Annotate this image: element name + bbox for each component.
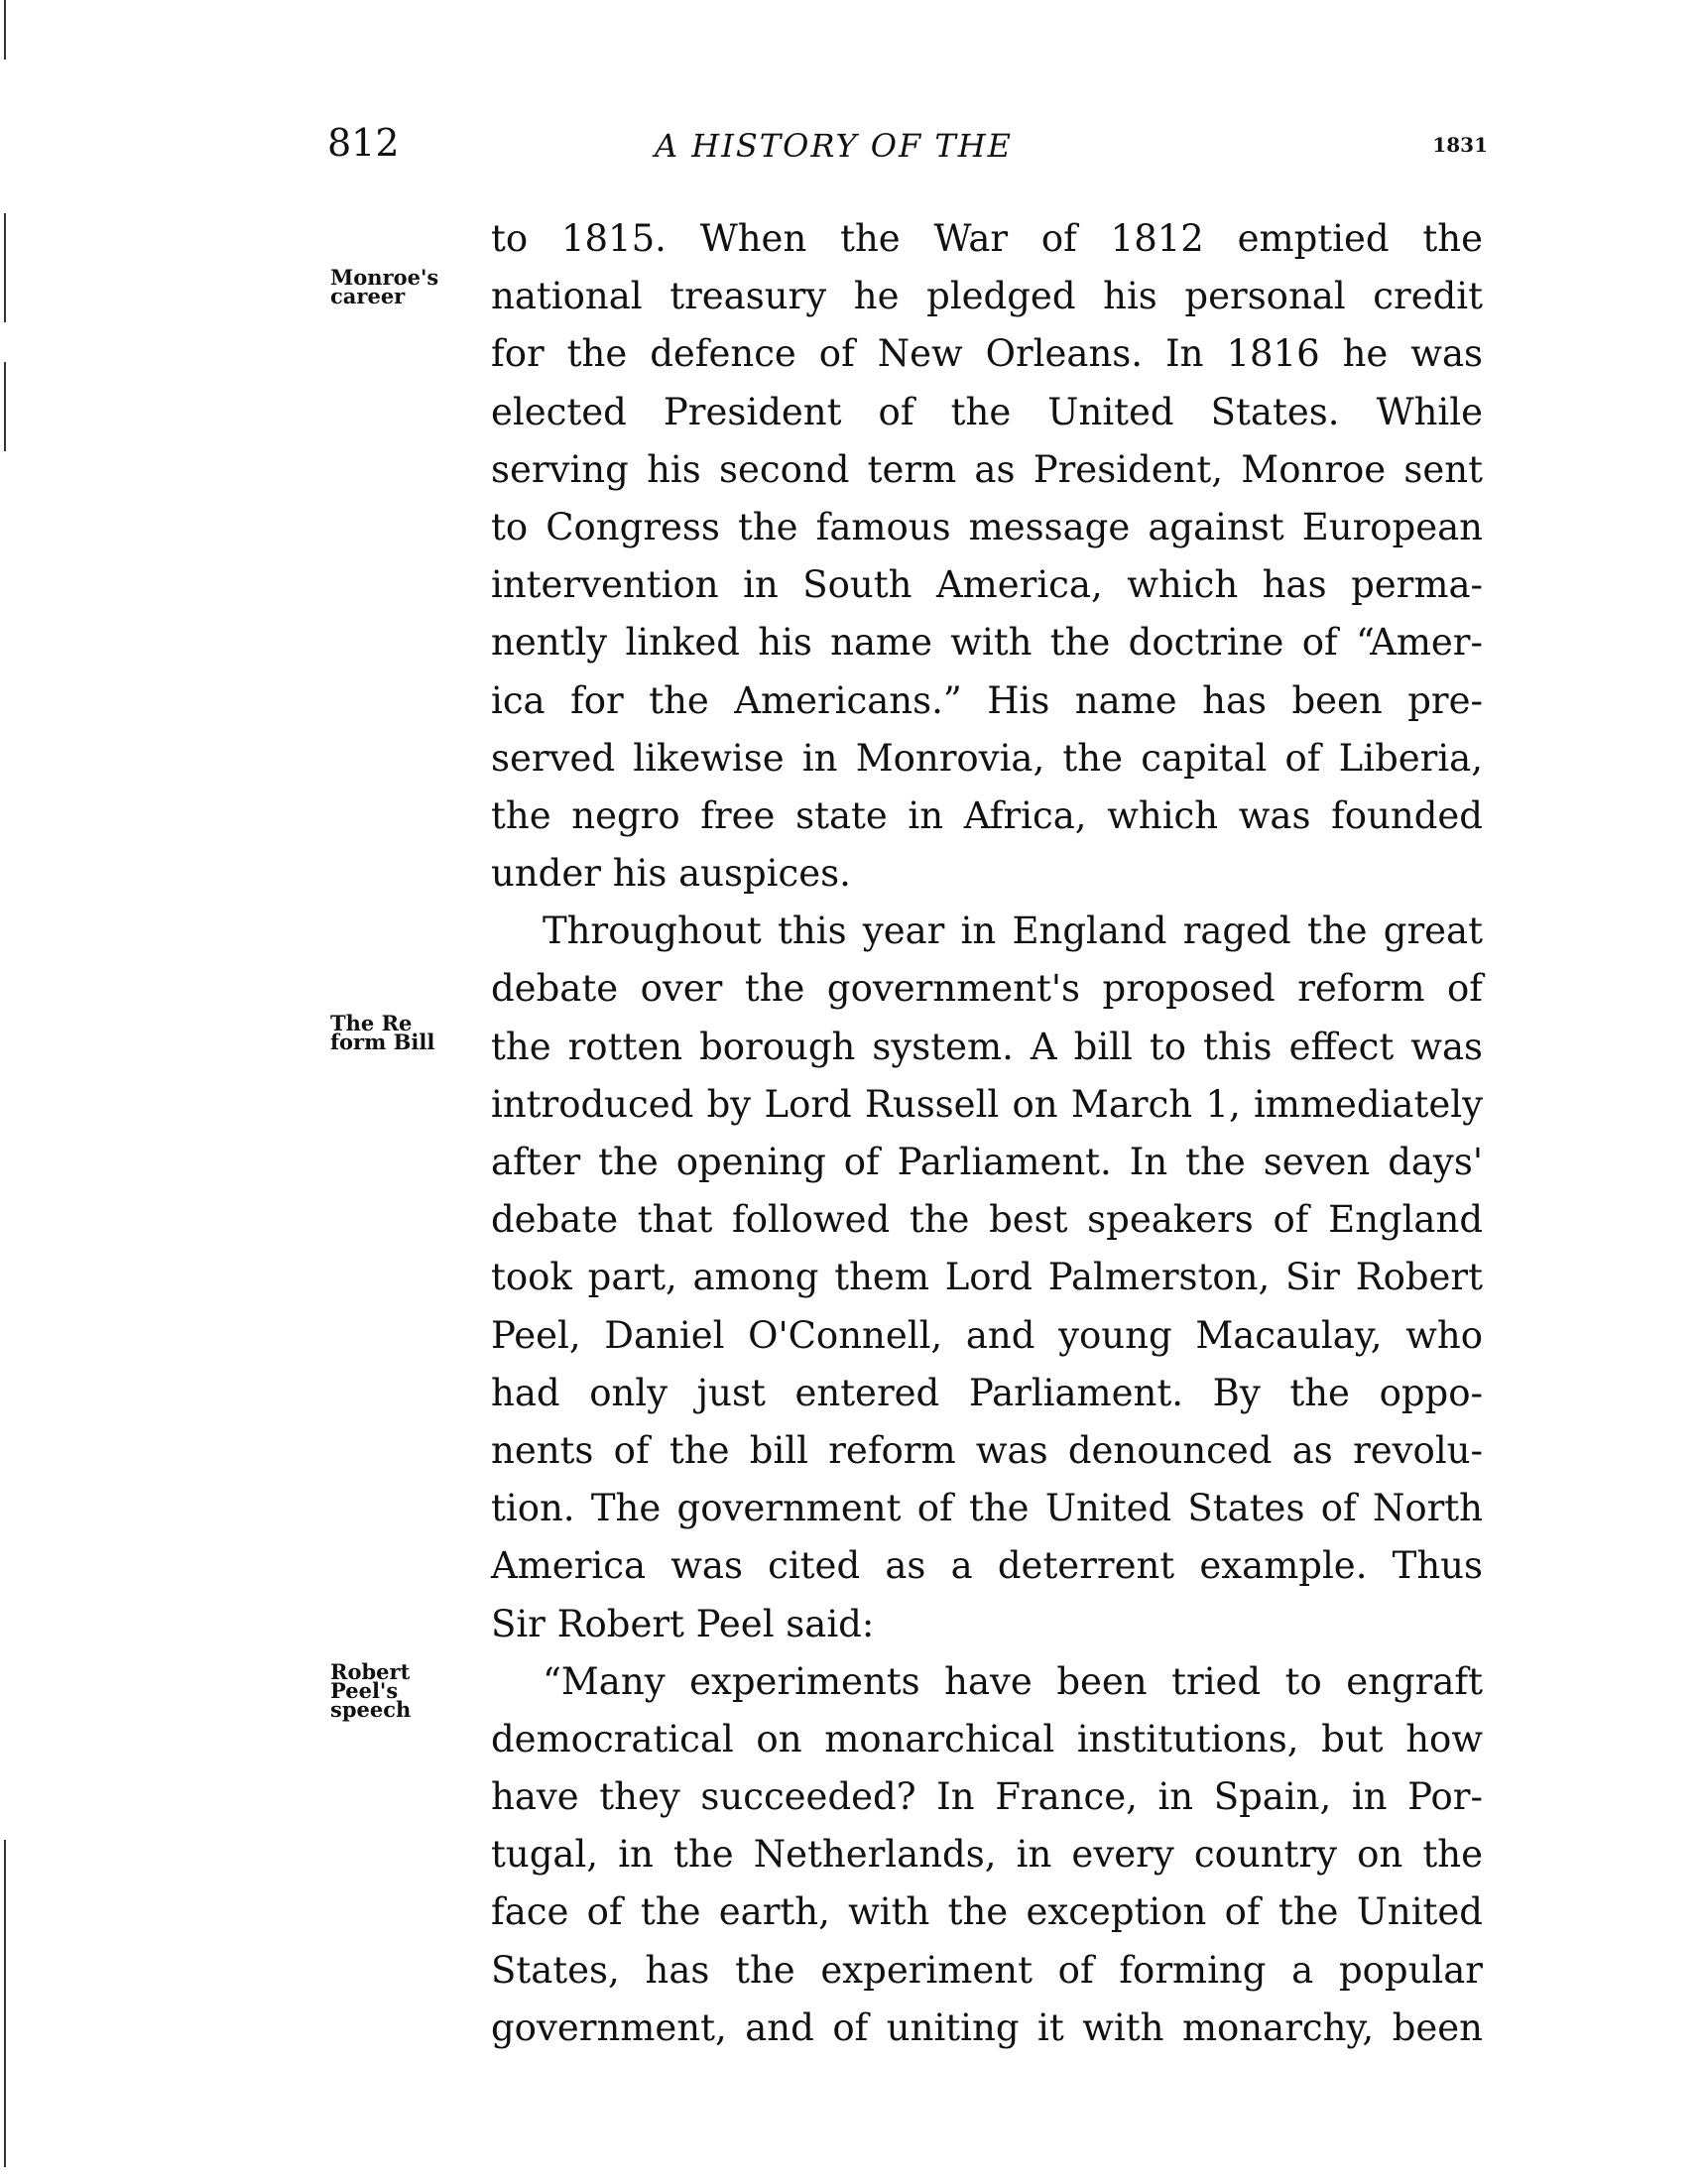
page-header: 812 A HISTORY OF THE 1831	[327, 121, 1488, 171]
text-line: served likewise in Monrovia, the capital…	[491, 730, 1483, 788]
text-line: tion. The government of the United State…	[491, 1480, 1483, 1537]
scan-edge-mark	[4, 1840, 6, 2167]
text-line: Peel, Daniel O'Connell, and young Macaul…	[491, 1307, 1483, 1365]
text-line: to 1815. When the War of 1812 emptied th…	[491, 210, 1483, 268]
text-line: face of the earth, with the exception of…	[491, 1883, 1483, 1941]
running-title: A HISTORY OF THE	[655, 127, 1013, 165]
scan-edge-mark	[4, 213, 6, 322]
text-line: to Congress the famous message against E…	[491, 499, 1483, 556]
text-line: Throughout this year in England raged th…	[491, 903, 1483, 960]
side-note-line: form Bill	[330, 1032, 434, 1051]
text-line: democratical on monarchical institutions…	[491, 1711, 1483, 1768]
text-line: introduced by Lord Russell on March 1, i…	[491, 1076, 1483, 1134]
text-line: intervention in South America, which has…	[491, 556, 1483, 614]
text-line: for the defence of New Orleans. In 1816 …	[491, 325, 1483, 383]
text-line: under his auspices.	[491, 845, 1483, 903]
text-line: serving his second term as President, Mo…	[491, 441, 1483, 499]
text-line: had only just entered Parliament. By the…	[491, 1365, 1483, 1422]
text-line: ica for the Americans.” His name has bee…	[491, 672, 1483, 730]
scan-edge-mark	[4, 0, 6, 60]
text-line: nents of the bill reform was denounced a…	[491, 1422, 1483, 1480]
text-line: nently linked his name with the doctrine…	[491, 614, 1483, 671]
margin-year: 1831	[1432, 133, 1488, 157]
text-line: the negro free state in Africa, which wa…	[491, 788, 1483, 845]
side-note: Monroe'scareer	[330, 268, 438, 305]
text-line: America was cited as a deterrent example…	[491, 1537, 1483, 1595]
text-line: debate over the government's proposed re…	[491, 960, 1483, 1018]
text-line: Sir Robert Peel said:	[491, 1596, 1483, 1653]
side-note: The Reform Bill	[330, 1014, 434, 1051]
text-line: government, and of uniting it with monar…	[491, 2000, 1483, 2057]
text-line: the rotten borough system. A bill to thi…	[491, 1019, 1483, 1076]
text-line: elected President of the United States. …	[491, 384, 1483, 441]
side-note: RobertPeel'sspeech	[330, 1662, 411, 1719]
text-line: “Many experiments have been tried to eng…	[491, 1653, 1483, 1711]
text-line: tugal, in the Netherlands, in every coun…	[491, 1826, 1483, 1883]
text-line: national treasury he pledged his persona…	[491, 268, 1483, 325]
text-line: debate that followed the best speakers o…	[491, 1191, 1483, 1249]
text-line: have they succeeded? In France, in Spain…	[491, 1768, 1483, 1826]
text-line: States, has the experiment of forming a …	[491, 1942, 1483, 2000]
side-note-line: speech	[330, 1700, 411, 1719]
text-line: took part, among them Lord Palmerston, S…	[491, 1249, 1483, 1306]
page-number: 812	[327, 121, 400, 165]
scan-edge-mark	[4, 362, 6, 451]
body-text: to 1815. When the War of 1812 emptied th…	[491, 210, 1483, 2057]
text-line: after the opening of Parliament. In the …	[491, 1134, 1483, 1191]
